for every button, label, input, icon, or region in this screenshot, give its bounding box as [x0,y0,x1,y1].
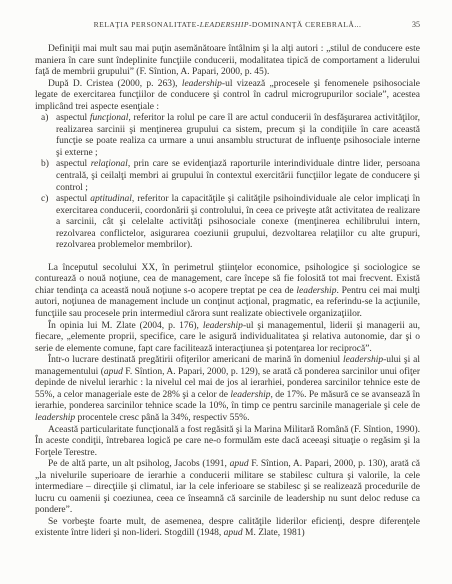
text-run: Într-o lucrare destinată pregătirii ofiţ… [48,355,343,365]
italic-text: apud [224,528,243,538]
italic-text: aptitudinal [90,194,132,204]
paragraph: Într-o lucrare destinată pregătirii ofiţ… [35,355,420,424]
text-run: aspectul [56,159,91,169]
italic-text: leadership [182,79,222,89]
text-run: procentele cresc până la 34%, respectiv … [75,413,249,423]
italic-text: relaţional [91,159,128,169]
paragraph: În opinia lui M. Zlate (2004, p. 176), l… [35,321,420,356]
paragraph: La începutul secolului XX, în perimetrul… [35,263,420,321]
paragraph: Această particularitate funcţională a fo… [35,425,420,460]
list-item: c)aspectul aptitudinal, referitor la cap… [35,194,420,252]
italic-text: leadership [230,390,270,400]
text-run: aspectul [56,113,90,123]
paragraph: Definiţii mai mult sau mai puţin asemănă… [35,44,420,79]
text-run: -DOMINANŢĂ CEREBRALĂ... [249,20,361,29]
italic-text: funcţional [90,113,129,123]
text-run: Definiţii mai mult sau mai puţin asemănă… [35,44,420,77]
italic-text: leadership [203,321,243,331]
text-run: În opinia lui M. Zlate (2004, p. 176), [48,321,203,331]
list-item-text: aspectul relaţional, prin care se eviden… [56,159,420,192]
italic-text: apud [230,459,249,469]
list-item: b)aspectul relaţional, prin care se evid… [35,159,420,194]
text-run: Pe de altă parte, un alt psiholog, Jacob… [48,459,230,469]
running-head: RELAŢIA PERSONALITATE-LEADERSHIP-DOMINAN… [94,20,362,29]
text-run: M. Zlate, 1981) [243,528,305,538]
text-run: Această particularitate funcţională a fo… [35,425,420,458]
list-item-text: aspectul funcţional, referitor la rolul … [56,113,420,158]
page-body: Definiţii mai mult sau mai puţin asemănă… [35,44,420,540]
paragraph: Se vorbeşte foarte mult, de asemenea, de… [35,517,420,540]
list-marker: b) [41,159,49,171]
italic-text: LEADERSHIP [200,20,249,29]
page-header: RELAŢIA PERSONALITATE-LEADERSHIP-DOMINAN… [35,20,420,29]
paragraph: Pe de altă parte, un alt psiholog, Jacob… [35,459,420,517]
italic-text: leadership [296,286,336,296]
book-page: RELAŢIA PERSONALITATE-LEADERSHIP-DOMINAN… [0,0,452,584]
italic-text: leadership [35,413,75,423]
italic-text: leadership [343,355,383,365]
list-marker: c) [41,194,48,206]
list-item-text: aspectul aptitudinal, referitor la capac… [56,194,420,250]
page-number: 35 [412,20,420,29]
text-run: După D. Cristea (2000, p. 263), [48,79,182,89]
list-item: a)aspectul funcţional, referitor la rolu… [35,113,420,159]
list-marker: a) [41,113,48,125]
text-run: RELAŢIA PERSONALITATE- [94,20,200,29]
text-run: aspectul [56,194,90,204]
paragraph: După D. Cristea (2000, p. 263), leadersh… [35,79,420,114]
italic-text: apud [104,367,123,377]
